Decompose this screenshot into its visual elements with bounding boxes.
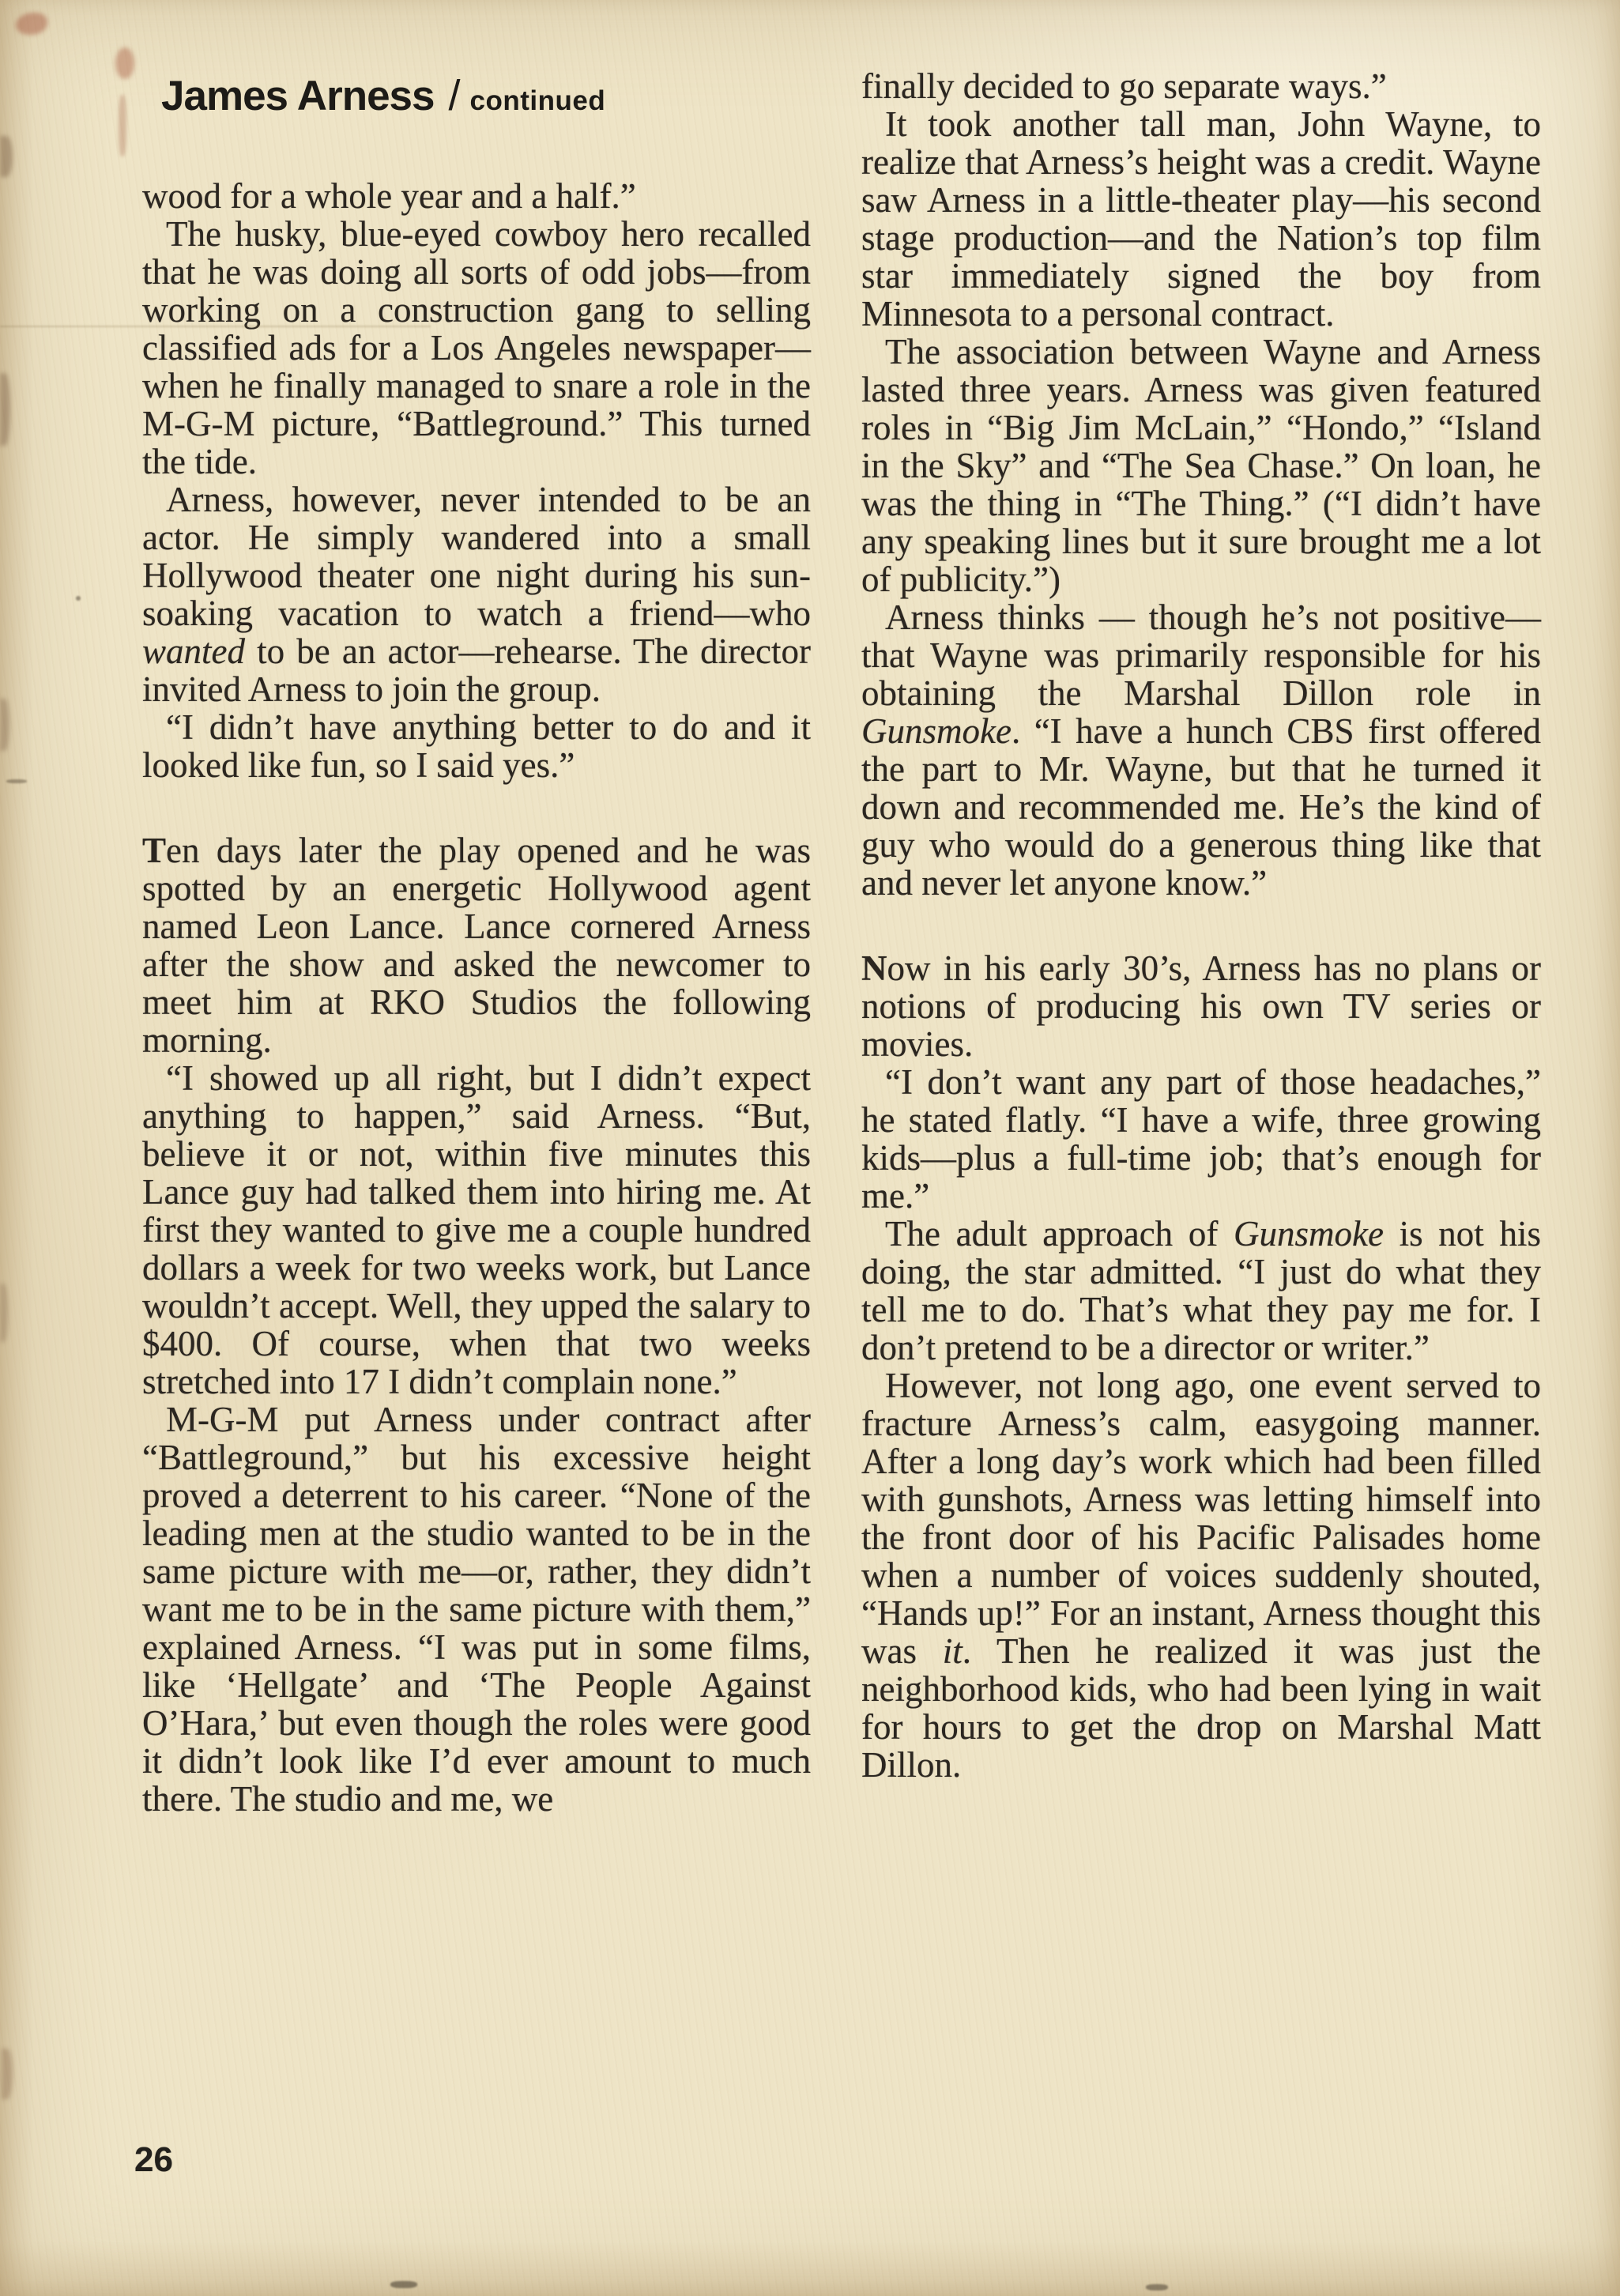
- header-slash: /: [449, 71, 461, 120]
- paragraph-text: en days later the play opened and he was…: [142, 831, 811, 1060]
- paragraph-text: However, not long ago, one event served …: [861, 1366, 1541, 1671]
- scan-edge-mark: [0, 699, 9, 751]
- magazine-page-scan: James Arness / continued wood for a whol…: [0, 0, 1620, 2296]
- article-header: James Arness / continued: [161, 71, 605, 120]
- paragraph-text: wood for a whole year and a half.”: [142, 176, 636, 216]
- paragraph-text-italic: Gunsmoke: [861, 711, 1012, 751]
- paragraph-text-italic: wanted: [142, 631, 245, 671]
- paragraph-text: It took another tall man, John Wayne, to…: [861, 104, 1541, 334]
- left-column: wood for a whole year and a half.” The h…: [142, 177, 811, 1818]
- paragraph: M-G-M put Arness under contract after “B…: [142, 1401, 811, 1818]
- section-lead-letter: N: [861, 948, 887, 988]
- paragraph-section-start: Ten days later the play opened and he wa…: [142, 831, 811, 1059]
- paragraph-text: . Then he realized it was just the neigh…: [861, 1631, 1541, 1785]
- paragraph-text: “I showed up all right, but I didn’t exp…: [142, 1058, 811, 1401]
- paragraph: The husky, blue-eyed cowboy hero recalle…: [142, 215, 811, 481]
- paragraph-text: “I don’t want any part of those headache…: [861, 1062, 1541, 1216]
- paragraph: Arness, however, never intended to be an…: [142, 481, 811, 708]
- paragraph: “I didn’t have anything better to do and…: [142, 708, 811, 784]
- scan-edge-mark: [0, 136, 13, 177]
- paragraph: The association between Wayne and Arness…: [861, 333, 1541, 598]
- scan-speck: [76, 596, 81, 601]
- scan-bottom-mark: [390, 2281, 417, 2288]
- scan-edge-mark: [0, 1284, 8, 1342]
- paragraph-section-start: Now in his early 30’s, Arness has no pla…: [861, 949, 1541, 1063]
- scan-smudge: [16, 13, 47, 35]
- paragraph: “I showed up all right, but I didn’t exp…: [142, 1059, 811, 1401]
- paragraph: The adult approach of Gunsmoke is not hi…: [861, 1215, 1541, 1367]
- scan-smudge: [115, 47, 134, 79]
- paragraph-text: Arness, however, never intended to be an…: [142, 480, 811, 633]
- paragraph-text-italic: Gunsmoke: [1234, 1214, 1384, 1254]
- paragraph: It took another tall man, John Wayne, to…: [861, 105, 1541, 333]
- paragraph-text: The association between Wayne and Arness…: [861, 332, 1541, 599]
- paragraph-text: finally decided to go separate ways.”: [861, 66, 1387, 106]
- section-lead-letter: T: [142, 831, 166, 870]
- paragraph: “I don’t want any part of those headache…: [861, 1063, 1541, 1215]
- scan-pencil-dash: [6, 779, 27, 783]
- paragraph-text-italic: it: [943, 1631, 963, 1671]
- scan-edge-mark: [2, 2049, 13, 2099]
- right-column: finally decided to go separate ways.” It…: [861, 67, 1541, 1784]
- article-title: James Arness: [161, 72, 435, 120]
- paragraph-text: M-G-M put Arness under contract after “B…: [142, 1400, 811, 1819]
- paragraph-text: The husky, blue-eyed cowboy hero recalle…: [142, 214, 811, 481]
- paragraph: Arness thinks — though he’s not positive…: [861, 598, 1541, 902]
- page-number: 26: [134, 2140, 173, 2180]
- paragraph-text: The adult approach of: [885, 1214, 1234, 1254]
- scan-edge-mark: [0, 373, 10, 446]
- scan-bottom-mark: [1146, 2284, 1168, 2290]
- scan-smudge: [119, 95, 126, 156]
- paragraph: wood for a whole year and a half.”: [142, 177, 811, 215]
- paragraph: finally decided to go separate ways.”: [861, 67, 1541, 105]
- paragraph-text: ow in his early 30’s, Arness has no plan…: [861, 948, 1541, 1064]
- paragraph: However, not long ago, one event served …: [861, 1367, 1541, 1784]
- paragraph-text: “I didn’t have anything better to do and…: [142, 707, 811, 785]
- paragraph-text: Arness thinks — though he’s not positive…: [861, 598, 1541, 713]
- header-continued-label: continued: [470, 85, 606, 117]
